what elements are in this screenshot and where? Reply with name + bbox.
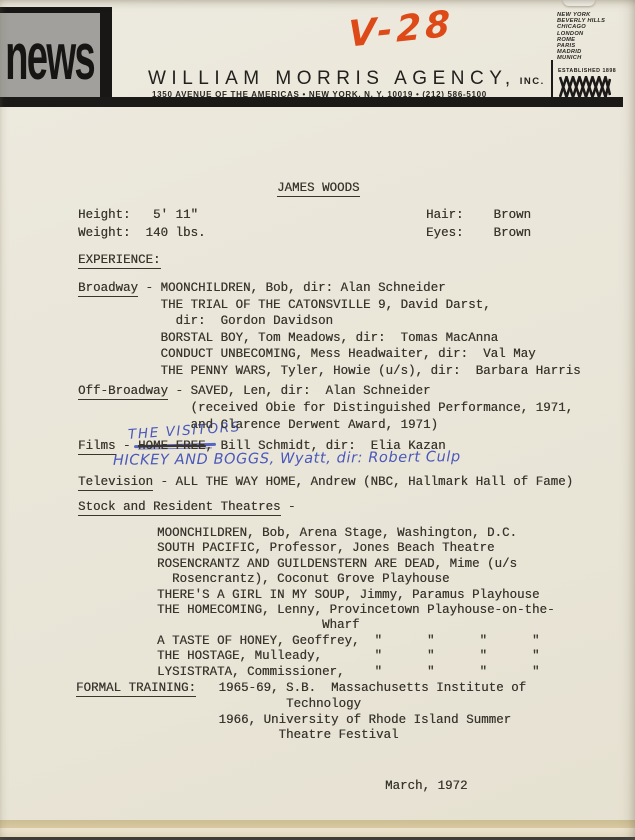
television-section: Television - ALL THE WAY HOME, Andrew (N…: [78, 474, 573, 490]
typed-line: THE PENNY WARS, Tyler, Howie (u/s), dir:…: [78, 363, 581, 380]
typed-line: dir: Gordon Davidson: [78, 313, 581, 330]
wm-monogram-icon: [559, 76, 611, 98]
vitals-left: Height: 5' 11"Weight: 140 lbs.: [78, 207, 206, 242]
typed-line: Height: 5' 11": [78, 207, 206, 225]
typed-line: FORMAL TRAINING: 1965-69, S.B. Massachus…: [76, 681, 526, 697]
typed-line: Technology: [76, 697, 526, 713]
typed-line: Hair: Brown: [426, 207, 531, 225]
typed-line: Broadway - MOONCHILDREN, Bob, dir: Alan …: [78, 280, 581, 297]
typed-line: (received Obie for Distinguished Perform…: [78, 400, 573, 417]
agency-address: 1350 AVENUE OF THE AMERICAS • NEW YORK, …: [152, 90, 487, 99]
agency-name-row: WILLIAM MORRIS AGENCY, INC.: [148, 68, 545, 90]
resume-title: JAMES WOODS: [277, 180, 360, 196]
typed-line: Eyes: Brown: [426, 225, 531, 243]
typed-line: Rosencrantz), Coconut Grove Playhouse: [157, 572, 555, 587]
typed-line: JAMES WOODS: [277, 180, 360, 196]
typed-line: THE TRIAL OF THE CATONSVILLE 9, David Da…: [78, 297, 581, 314]
typed-line: Stock and Resident Theatres -: [78, 499, 296, 515]
typed-line: SOUTH PACIFIC, Professor, Jones Beach Th…: [157, 541, 555, 556]
typed-line: THE HOSTAGE, Mulleady, " " " ": [157, 649, 555, 664]
agency-name: WILLIAM MORRIS AGENCY,: [148, 68, 516, 90]
established-divider: [551, 60, 553, 100]
cities-list: NEW YORK BEVERLY HILLS CHICAGO LONDON RO…: [557, 12, 605, 62]
paper-under-sheet-edge: [0, 828, 635, 837]
city-item: MUNICH: [557, 55, 605, 61]
resume-page: news WILLIAM MORRIS AGENCY, INC. 1350 AV…: [0, 0, 635, 840]
typed-line: Theatre Festival: [76, 728, 526, 744]
paper-tear-notch: [563, 0, 595, 6]
typed-line: THERE'S A GIRL IN MY SOUP, Jimmy, Paramu…: [157, 588, 555, 603]
stock-heading: Stock and Resident Theatres -: [78, 499, 296, 515]
typed-line: Weight: 140 lbs.: [78, 225, 206, 243]
typed-line: MOONCHILDREN, Bob, Arena Stage, Washingt…: [157, 526, 555, 541]
typed-line: A TASTE OF HONEY, Geoffrey, " " " ": [157, 634, 555, 649]
typed-line: Wharf: [157, 618, 555, 633]
typed-line: CONDUCT UNBECOMING, Mess Headwaiter, dir…: [78, 346, 581, 363]
typed-line: BORSTAL BOY, Tom Meadows, dir: Tomas Mac…: [78, 330, 581, 347]
typed-line: LYSISTRATA, Commissioner, " " " ": [157, 665, 555, 680]
stock-list: MOONCHILDREN, Bob, Arena Stage, Washingt…: [157, 526, 555, 680]
offbroadway-section: Off-Broadway - SAVED, Len, dir: Alan Sch…: [78, 383, 573, 434]
broadway-section: Broadway - MOONCHILDREN, Bob, dir: Alan …: [78, 280, 581, 380]
paper-bottom-edge: [0, 820, 635, 828]
established-label: ESTABLISHED 1898: [558, 68, 616, 74]
experience-heading: EXPERIENCE:: [78, 252, 161, 268]
typed-line: THE HOMECOMING, Lenny, Provincetown Play…: [157, 603, 555, 618]
typed-line: ROSENCRANTZ AND GUILDENSTERN ARE DEAD, M…: [157, 557, 555, 572]
vitals-right: Hair: BrownEyes: Brown: [426, 207, 531, 242]
typed-line: Films - HOME FREE, Bill Schmidt, dir: El…: [78, 438, 446, 454]
typed-line: 1966, University of Rhode Island Summer: [76, 713, 526, 729]
date-line: March, 1972: [385, 778, 468, 794]
typed-line: and Clarence Derwent Award, 1971): [78, 417, 573, 434]
formal-training-section: FORMAL TRAINING: 1965-69, S.B. Massachus…: [76, 681, 526, 744]
news-logo: news: [6, 23, 95, 89]
news-logo-box: news: [0, 13, 100, 98]
news-box-side-border: [100, 7, 112, 98]
typed-line: Off-Broadway - SAVED, Len, dir: Alan Sch…: [78, 383, 573, 400]
handwritten-code: V-28: [348, 3, 454, 55]
typed-line: March, 1972: [385, 778, 468, 794]
typed-line: Television - ALL THE WAY HOME, Andrew (N…: [78, 474, 573, 490]
films-section: Films - HOME FREE, Bill Schmidt, dir: El…: [78, 438, 446, 454]
typed-line: EXPERIENCE:: [78, 252, 161, 268]
agency-suffix: INC.: [520, 76, 545, 87]
